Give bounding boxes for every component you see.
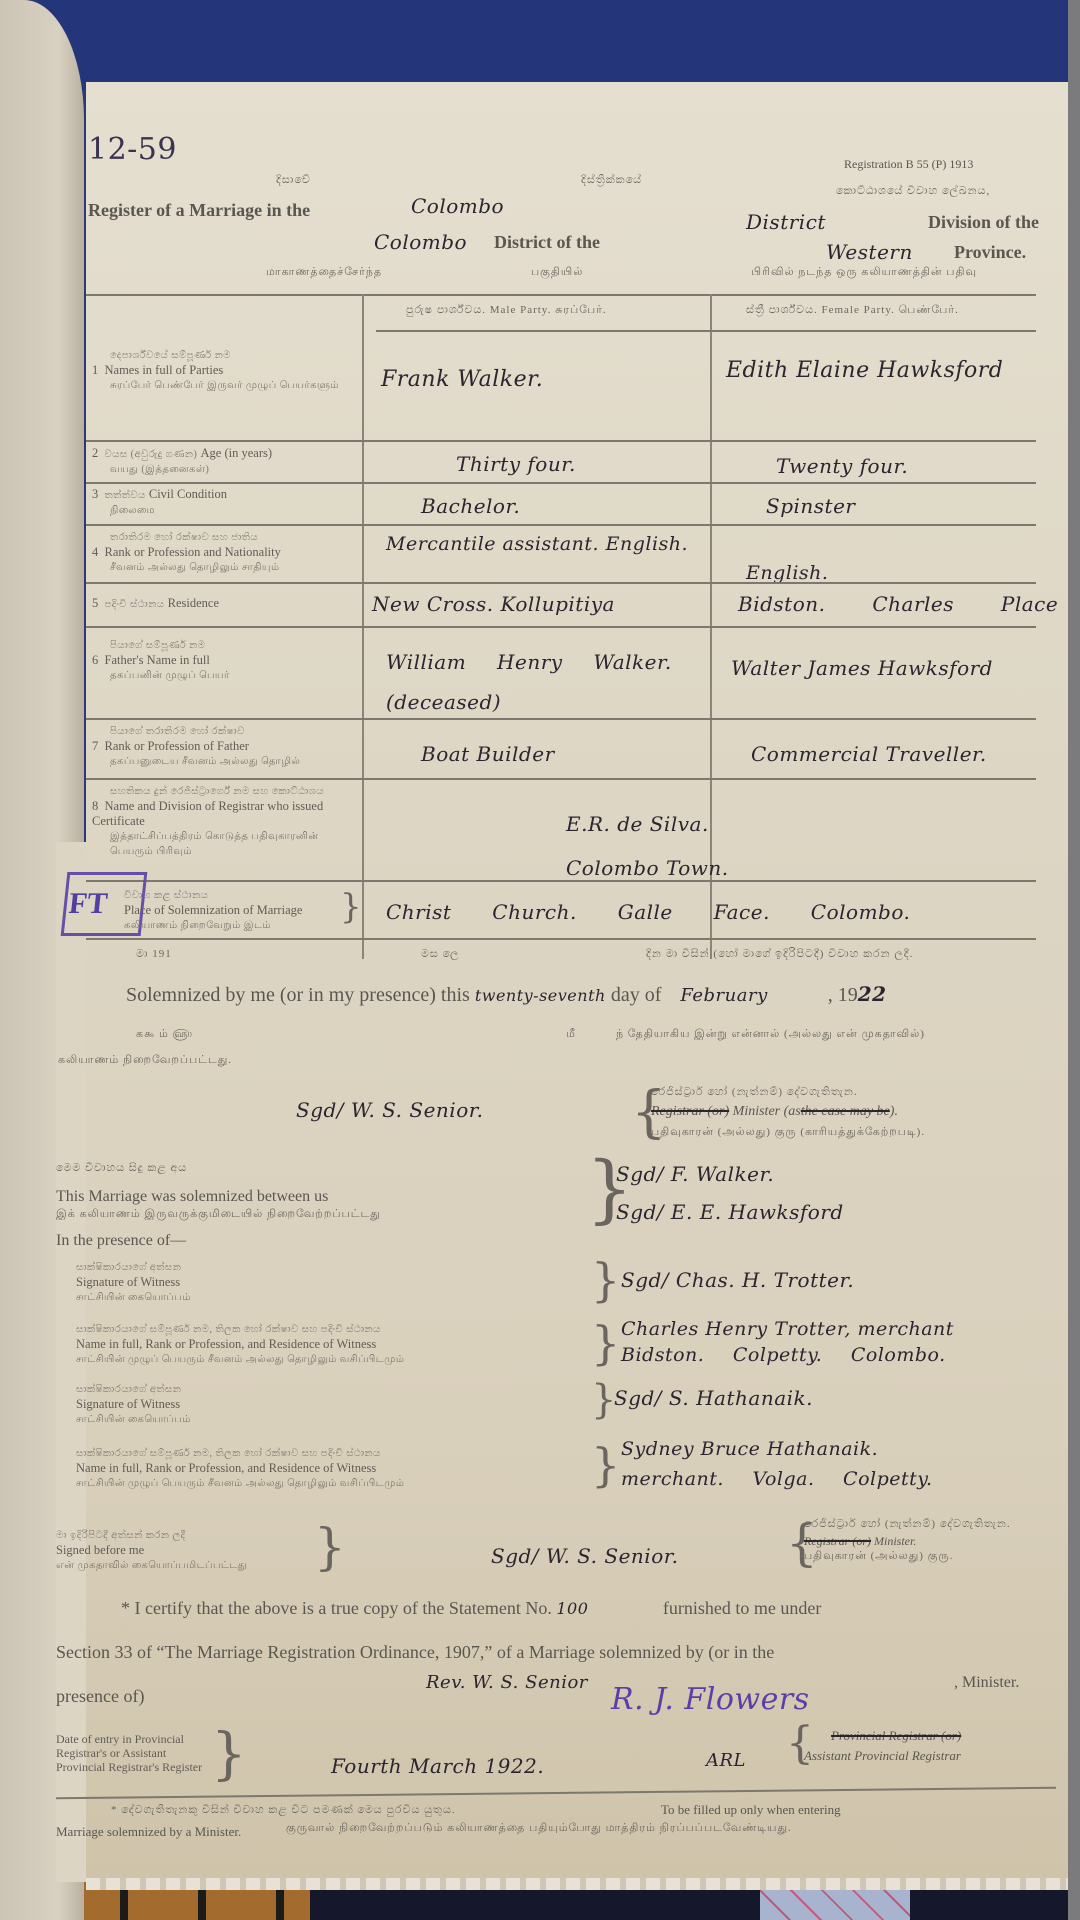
minister-signature: Sgd/ W. S. Senior.: [296, 1098, 483, 1122]
district-label: District of the: [494, 232, 600, 253]
signed-before-signature: Sgd/ W. S. Senior.: [491, 1544, 678, 1568]
row-2-label: 2 වයස (අවුරුදු ගණන) Age (in years) வயது …: [92, 446, 356, 477]
footnote-en-2: Marriage solemnized by a Minister.: [56, 1824, 241, 1840]
entry-initials: ARL: [706, 1750, 746, 1771]
certification-line2: Section 33 of “The Marriage Registration…: [56, 1642, 774, 1663]
signed-role-ta: பதிவுகாரன் (அல்லது) குரு.: [804, 1550, 953, 1564]
row-5-male-value: New Cross. Kollupitiya: [372, 592, 615, 616]
row-7-female-value: Commercial Traveller.: [751, 742, 987, 766]
row-6-female-value: Walter James Hawksford: [731, 656, 993, 680]
footnote-rule: [56, 1787, 1056, 1799]
witness-2-signature: Sgd/ S. Hathanaik.: [614, 1386, 813, 1410]
solemn-text: Solemnized by me (or in my presence) thi…: [126, 982, 887, 1007]
female-party-header: ස්ත්‍රී පාර්ශ්වය. Female Party. பெண்பேர்…: [746, 304, 959, 318]
witness-1-detail-line1: Charles Henry Trotter, merchant: [621, 1318, 954, 1340]
row-8-registrar-value: E.R. de Silva. Colombo Town.: [566, 802, 766, 890]
tamil-header-mid: பகுதியில்: [531, 266, 583, 280]
brace: }: [340, 890, 362, 924]
row-1-label: දෙපාර්ශ්වයේ සම්පූර්ණ නම 1 Names in full …: [92, 348, 356, 393]
minister-role-ta: பதிவுகாரன் (அல்லது) குரு (காரியத்துக்கேற…: [651, 1126, 925, 1140]
witness-2-signature-label: සාක්ෂිකාරයාගේ අත්සන Signature of Witness…: [76, 1382, 191, 1427]
row-rule: [86, 718, 1036, 720]
entry-role: Assistant Provincial Registrar: [804, 1748, 961, 1764]
row-rule: [86, 938, 1036, 940]
witness-1-detail-line2: Bidston. Colpetty. Colombo.: [621, 1344, 946, 1366]
sinhala-header-2: දිස්ත්‍රික්කයේ: [581, 174, 642, 187]
witness-1-detail-label: සාක්ෂිකාරයාගේ සම්පූර්ණ නම, තිලක හෝ රක්ෂා…: [76, 1322, 404, 1367]
row-3-label: 3 තත්ත්වය Civil Condition நிலைமை: [92, 487, 356, 518]
division-handwritten: District: [746, 210, 826, 234]
parties-si: මෙම විවාහය සිදු කළ අය: [56, 1162, 476, 1175]
background-right-edge: [1068, 0, 1080, 1920]
header-underline: [376, 330, 1036, 332]
female-party-signature: Sgd/ E. E. Hawksford: [616, 1200, 844, 1224]
male-party-signature: Sgd/ F. Walker.: [616, 1162, 774, 1186]
form-code: Registration B 55 (P) 1913: [844, 157, 973, 172]
solemn-si-mid: මස ලෙ: [421, 948, 459, 961]
row-4-female-value: English.: [746, 562, 828, 584]
solemn-ta-right: ந் தேதியாகிய இன்று என்னால் (அல்லது என் ம…: [616, 1028, 925, 1042]
minister-role-en: Registrar (or) Minister (asthe case may …: [651, 1104, 898, 1120]
row-rule: [86, 524, 1036, 526]
certification-line3: presence of): [56, 1686, 144, 1707]
brace: }: [591, 1380, 616, 1420]
marriage-register-page: 12-59 Registration B 55 (P) 1913 දිසාවේ …: [86, 82, 1070, 1882]
brace: }: [211, 1727, 247, 1783]
serial-number: 12-59: [88, 132, 177, 167]
tamil-header-left: மாகாணத்தைச்சேர்ந்த: [266, 266, 382, 280]
entry-role-struck: Provincial Registrar (or): [831, 1728, 961, 1744]
solemn-si-left: මා 191: [136, 948, 172, 961]
background-cloth: [0, 0, 1080, 90]
brace: }: [591, 1442, 620, 1488]
row-5-female-value: Bidston. Charles Place: [738, 592, 1058, 616]
witness-2-detail-label: සාක්ෂිකාරයාගේ සම්පූර්ණ නම, තිලක හෝ රක්ෂා…: [76, 1446, 404, 1491]
brace: }: [591, 1320, 620, 1366]
row-6-male-value: William Henry Walker. (deceased): [386, 642, 686, 722]
row-9-place-value: Christ Church. Galle Face. Colombo.: [386, 900, 910, 924]
registrar-signature: R. J. Flowers: [611, 1682, 810, 1717]
solemn-ta-mid: மீ: [566, 1028, 576, 1042]
brace: }: [314, 1522, 346, 1572]
division-label: Division of the: [928, 212, 1039, 233]
title-handwritten-district: Colombo: [411, 194, 504, 218]
table-top-rule: [86, 294, 1036, 296]
signed-before-label: මා ඉදිරිපිටදී අත්සන් කරන ලදී Signed befo…: [56, 1528, 247, 1573]
row-rule: [86, 582, 1036, 584]
brace: }: [591, 1257, 620, 1303]
sinhala-header-3: කොට්ඨාශයේ විවාහ ලේඛනය,: [836, 185, 990, 198]
row-2-female-value: Twenty four.: [776, 454, 908, 478]
solemn-ta-line2: கலியாணம் நிறைவேறப்பட்டது.: [58, 1054, 232, 1068]
row-4-male-value: Mercantile assistant. English.: [386, 530, 696, 558]
signed-role-en: Registrar (or) Minister.: [804, 1534, 916, 1549]
row-3-female-value: Spinster: [766, 494, 855, 518]
entry-date: Fourth March 1922.: [331, 1754, 544, 1778]
presence-label: In the presence of—: [56, 1232, 186, 1250]
row-2-male-value: Thirty four.: [456, 452, 576, 476]
row-9-label: විවාහ කළ ස්ථානය Place of Solemnization o…: [106, 888, 356, 933]
district-handwritten: Colombo: [374, 230, 467, 254]
signed-role-si: රෙජිස්ට්‍රාර් හෝ (නැත්නම්) දේවගැතිතැන.: [804, 1518, 1011, 1531]
witness-2-detail-line2: merchant. Volga. Colpetty.: [621, 1468, 933, 1490]
row-6-label: පියාගේ සම්පූර්ණ නම 6 Father's Name in fu…: [92, 638, 356, 683]
solemn-ta-left: க௯ ம் ௵: [136, 1028, 193, 1042]
row-7-male-value: Boat Builder: [421, 742, 555, 766]
witness-1-signature-label: සාක්ෂිකාරයාගේ අත්සන Signature of Witness…: [76, 1260, 191, 1305]
witness-2-detail-line1: Sydney Bruce Hathanaik.: [621, 1438, 878, 1460]
parties-label: This Marriage was solemnized between us: [56, 1188, 328, 1206]
male-party-header: පුරුෂ පාර්ශ්වය. Male Party. சுரப்பேர்.: [406, 304, 607, 318]
row-rule: [86, 778, 1036, 780]
witness-1-signature: Sgd/ Chas. H. Trotter.: [621, 1268, 854, 1292]
title-prefix: Register of a Marriage in the: [88, 200, 310, 221]
certified-minister: Rev. W. S. Senior: [426, 1672, 588, 1693]
row-3-male-value: Bachelor.: [421, 494, 520, 518]
row-rule: [86, 482, 1036, 484]
entry-date-label: Date of entry in Provincial Registrar's …: [56, 1732, 206, 1774]
row-rule: [86, 880, 1036, 882]
province-label: Province.: [954, 242, 1026, 263]
minister-label: , Minister.: [954, 1674, 1019, 1692]
row-rule: [86, 440, 1036, 442]
footnote-si: * දේවගැතිතැනකු විසින් විවාහ කළ විට පමණක්…: [111, 1804, 456, 1817]
row-1-male-value: Frank Walker.: [381, 367, 543, 392]
row-7-label: පියාගේ තරාතිරම හෝ රක්ෂාව 7 Rank or Profe…: [92, 724, 356, 769]
row-rule: [86, 626, 1036, 628]
row-4-label: තරාතිරම හෝ රක්ෂාව සහ ජාතිය 4 Rank or Pro…: [92, 530, 356, 575]
sinhala-header-1: දිසාවේ: [276, 174, 311, 187]
certification-line1: * I certify that the above is a true cop…: [121, 1598, 821, 1619]
footnote-ta: குருவால் நிறைவேற்றப்படும் கலியாணத்தை பதி…: [286, 1822, 792, 1836]
row-8-label: සහතිකය දුන් රෙජිස්ට්‍රාර්ගේ නම සහ කොට්ඨා…: [92, 784, 356, 859]
row-5-label: 5 පදිංචි ස්ථානය Residence: [92, 596, 356, 612]
footnote-en-1: To be filled up only when entering: [661, 1802, 841, 1818]
tamil-header-right: பிரிவில் நடந்த ஒரு கலியாணத்தின் பதிவு: [751, 266, 977, 280]
solemn-si-right: දින මා විසින් (හෝ මාගේ ඉදිරිපිටදී) විවාහ…: [646, 948, 913, 961]
province-handwritten: Western: [826, 240, 913, 264]
row-1-female-value: Edith Elaine Hawksford: [726, 358, 1003, 383]
parties-ta: இக் கலியாணம் இருவருக்குமிடையில் நிறைவேற்…: [56, 1208, 381, 1222]
minister-role-si: රෙජිස්ට්‍රාර් හෝ (නැත්නම්) දේවගැතිතැන.: [651, 1086, 858, 1099]
